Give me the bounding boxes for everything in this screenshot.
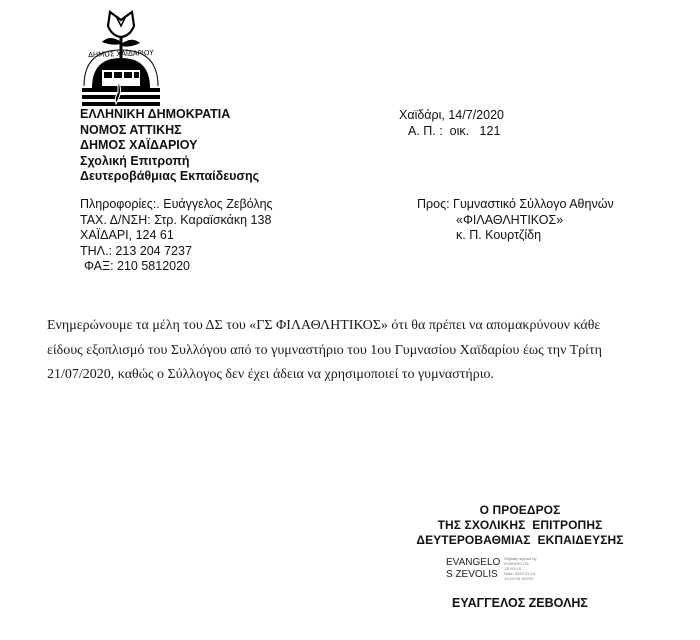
- letter-body: Ενημερώνουμε τα μέλη του ΔΣ του «ΓΣ ΦΙΛΑ…: [47, 314, 687, 388]
- body-line: είδους εξοπλισμό του Συλλόγου από το γυμ…: [47, 339, 687, 364]
- signature-metadata: Digitally signed by EVANGELOS ZEVOLIS Da…: [504, 556, 536, 581]
- protocol-number: Α. Π. : οικ. 121: [399, 124, 504, 140]
- contact-block: Πληροφορίες:. Ευάγγελος Ζεβόλης ΤΑΧ. Δ/Ν…: [80, 197, 273, 275]
- body-line: 21/07/2020, καθώς ο Σύλλογος δεν έχει άδ…: [47, 363, 687, 388]
- digital-signature: EVANGELO S ZEVOLIS Digitally signed by E…: [446, 556, 537, 581]
- closing-line-committee: ΤΗΣ ΣΧΟΛΙΚΗΣ ΕΠΙΤΡΟΠΗΣ: [400, 518, 640, 533]
- contact-address: ΤΑΧ. Δ/ΝΣΗ: Στρ. Καραϊσκάκη 138: [80, 213, 273, 229]
- org-line-education: Δευτεροβάθμιας Εκπαίδευσης: [80, 169, 259, 185]
- org-line-prefecture: ΝΟΜΟΣ ΑΤΤΙΚΗΣ: [80, 123, 259, 139]
- signature-meta-line: 15:10:08 +03'00': [504, 576, 536, 581]
- logo-arc-text: ΔΗΜΟΣ ΧΑΪΔΑΡΙΟΥ: [88, 48, 155, 59]
- signature-name: EVANGELO S ZEVOLIS: [446, 557, 500, 581]
- org-line-republic: ΕΛΛΗΝΙΚΗ ΔΗΜΟΚΡΑΤΙΑ: [80, 107, 259, 123]
- recipient-block: Προς: Γυμναστικό Σύλλογο Αθηνών «ΦΙΛΑΘΛΗ…: [417, 197, 614, 244]
- contact-info-person: Πληροφορίες:. Ευάγγελος Ζεβόλης: [80, 197, 273, 213]
- contact-city: ΧΑΪΔΑΡΙ, 124 61: [80, 228, 273, 244]
- recipient-line-3: κ. Π. Κουρτζίδη: [417, 228, 614, 244]
- org-line-committee: Σχολική Επιτροπή: [80, 154, 259, 170]
- signature-name-line: S ZEVOLIS: [446, 569, 500, 581]
- organization-header: ΕΛΛΗΝΙΚΗ ΔΗΜΟΚΡΑΤΙΑ ΝΟΜΟΣ ΑΤΤΙΚΗΣ ΔΗΜΟΣ …: [80, 107, 259, 185]
- closing-line-education: ΔΕΥΤΕΡΟΒΑΘΜΙΑΣ ΕΚΠΑΙΔΕΥΣΗΣ: [400, 533, 640, 548]
- place-date: Χαϊδάρι, 14/7/2020: [399, 108, 504, 124]
- contact-fax: ΦΑΞ: 210 5812020: [80, 259, 273, 275]
- contact-phone: ΤΗΛ.: 213 204 7237: [80, 244, 273, 260]
- recipient-line-1: Προς: Γυμναστικό Σύλλογο Αθηνών: [417, 197, 614, 213]
- signer-name: ΕΥΑΓΓΕΛΟΣ ΖΕΒΟΛΗΣ: [400, 596, 640, 610]
- reference-block: Χαϊδάρι, 14/7/2020 Α. Π. : οικ. 121: [399, 108, 504, 139]
- body-line: Ενημερώνουμε τα μέλη του ΔΣ του «ΓΣ ΦΙΛΑ…: [47, 314, 687, 339]
- recipient-line-2: «ΦΙΛΑΘΛΗΤΙΚΟΣ»: [417, 213, 614, 229]
- signature-name-line: EVANGELO: [446, 557, 500, 569]
- closing-title: Ο ΠΡΟΕΔΡΟΣ ΤΗΣ ΣΧΟΛΙΚΗΣ ΕΠΙΤΡΟΠΗΣ ΔΕΥΤΕΡ…: [400, 503, 640, 548]
- closing-line-president: Ο ΠΡΟΕΔΡΟΣ: [400, 503, 640, 518]
- municipality-logo-icon: ΔΗΜΟΣ ΧΑΪΔΑΡΙΟΥ: [80, 6, 162, 110]
- org-line-municipality: ΔΗΜΟΣ ΧΑΪΔΑΡΙΟΥ: [80, 138, 259, 154]
